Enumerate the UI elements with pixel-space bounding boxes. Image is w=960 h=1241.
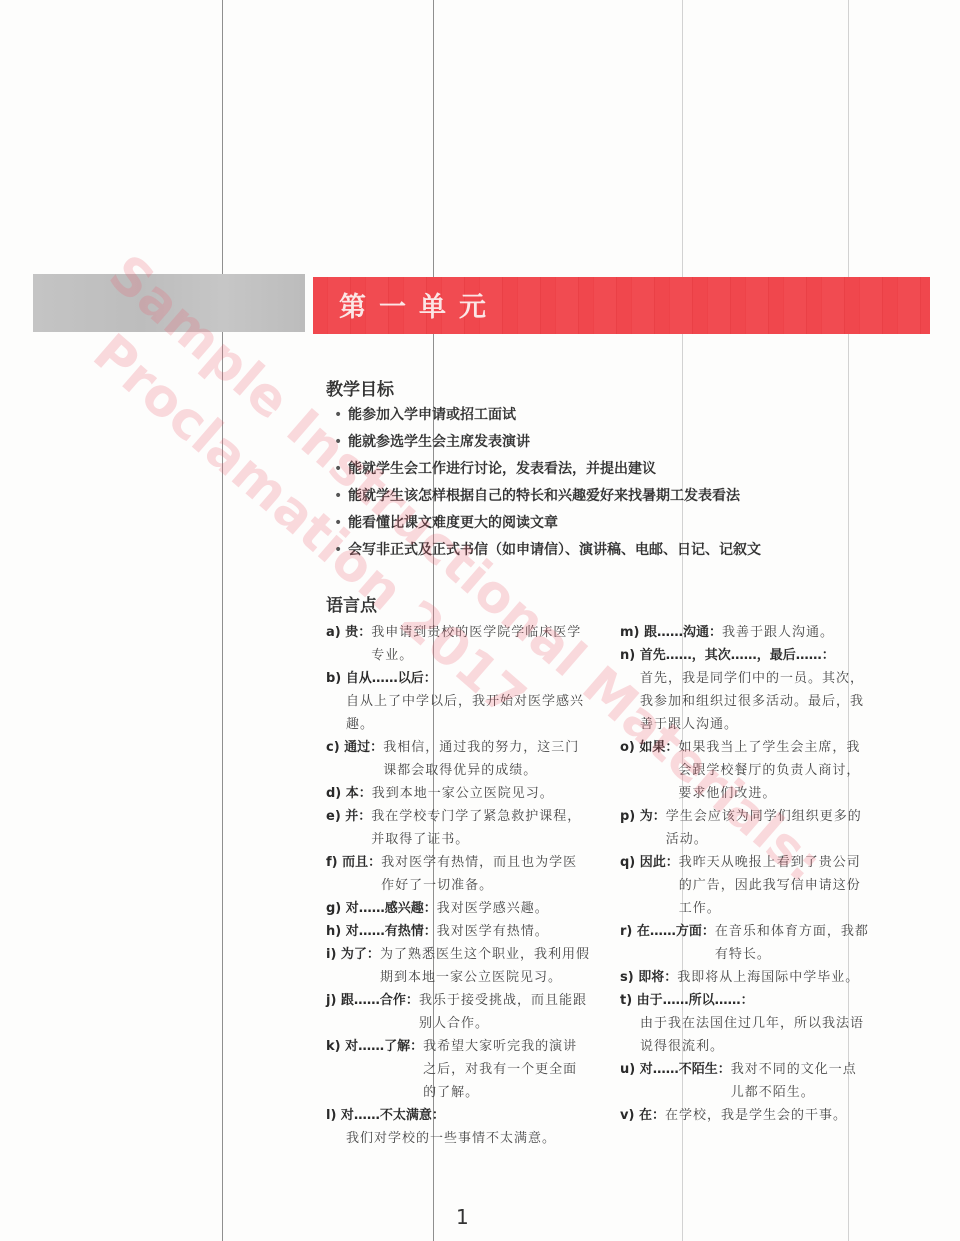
language-point-item: g) 对……感兴趣：我对医学感兴趣。	[326, 897, 591, 920]
objective-item: •能参加入学申请或招工面试	[334, 404, 761, 431]
bullet-icon: •	[334, 404, 348, 426]
bullet-icon: •	[334, 458, 348, 480]
language-point-item: h) 对……有热情：我对医学有热情。	[326, 920, 591, 943]
objective-text: 能就学生该怎样根据自己的特长和兴趣爱好来找暑期工发表看法	[348, 488, 740, 504]
unit-title: 第一单元	[339, 285, 499, 324]
language-point-example: 我对医学有热情，而且也为学医作好了一切准备。	[381, 851, 591, 897]
language-point-label: c) 通过：	[326, 736, 383, 782]
language-point-label: p) 为：	[620, 805, 666, 851]
language-point-example: 我希望大家听完我的演讲之后，对我有一个更全面的了解。	[423, 1035, 591, 1104]
bullet-icon: •	[334, 485, 348, 507]
language-point-label: l) 对……不太满意：	[326, 1108, 445, 1123]
language-point-item: b) 自从……以后：自从上了中学以后，我开始对医学感兴趣。	[326, 667, 591, 736]
language-point-example: 我对不同的文化一点儿都不陌生。	[731, 1058, 870, 1104]
objective-item: •能就学生会工作进行讨论，发表看法，并提出建议	[334, 458, 761, 485]
language-points-left-column: a) 贵：我申请到贵校的医学院学临床医学专业。b) 自从……以后：自从上了中学以…	[326, 621, 591, 1150]
objective-item: •能看懂比课文难度更大的阅读文章	[334, 512, 761, 539]
language-point-item: i) 为了：为了熟悉医生这个职业，我利用假期到本地一家公立医院见习。	[326, 943, 591, 989]
objectives-list: •能参加入学申请或招工面试•能就参选学生会主席发表演讲•能就学生会工作进行讨论，…	[334, 404, 761, 566]
language-point-item: r) 在……方面：在音乐和体育方面，我都有特长。	[620, 920, 870, 966]
language-points-heading: 语言点	[326, 591, 377, 616]
language-point-item: d) 本：我到本地一家公立医院见习。	[326, 782, 591, 805]
language-point-example: 自从上了中学以后，我开始对医学感兴趣。	[326, 690, 591, 736]
language-point-example: 我昨天从晚报上看到了贵公司的广告，因此我写信申请这份工作。	[679, 851, 870, 920]
language-point-label: g) 对……感兴趣：	[326, 897, 437, 920]
language-point-example: 我相信，通过我的努力，这三门课都会取得优异的成绩。	[383, 736, 591, 782]
unit-banner: 第一单元	[313, 277, 930, 334]
language-point-example: 我到本地一家公立医院见习。	[372, 782, 554, 805]
language-point-example: 我对医学感兴趣。	[437, 897, 549, 920]
language-point-item: e) 并：我在学校专门学了紧急救护课程，并取得了证书。	[326, 805, 591, 851]
language-point-label: h) 对……有热情：	[326, 920, 437, 943]
language-point-item: s) 即将：我即将从上海国际中学毕业。	[620, 966, 870, 989]
language-point-label: s) 即将：	[620, 966, 677, 989]
page-number: 1	[456, 1205, 469, 1229]
language-point-label: q) 因此：	[620, 851, 679, 920]
language-point-label: d) 本：	[326, 782, 372, 805]
language-point-item: u) 对……不陌生：我对不同的文化一点儿都不陌生。	[620, 1058, 870, 1104]
language-point-item: v) 在：在学校，我是学生会的干事。	[620, 1104, 870, 1127]
language-point-label: f) 而且：	[326, 851, 381, 897]
language-point-example: 为了熟悉医生这个职业，我利用假期到本地一家公立医院见习。	[380, 943, 591, 989]
language-point-example: 我即将从上海国际中学毕业。	[677, 966, 859, 989]
objective-item: •会写非正式及正式书信（如申请信）、演讲稿、电邮、日记、记叙文	[334, 539, 761, 566]
language-point-example: 我对医学有热情。	[437, 920, 549, 943]
objectives-heading: 教学目标	[326, 375, 394, 400]
language-point-label: t) 由于……所以……：	[620, 993, 754, 1008]
bullet-icon: •	[334, 512, 348, 534]
language-point-item: t) 由于……所以……：由于我在法国住过几年，所以我法语说得很流利。	[620, 989, 870, 1058]
language-point-item: m) 跟……沟通：我善于跟人沟通。	[620, 621, 870, 644]
language-point-label: r) 在……方面：	[620, 920, 715, 966]
language-point-label: m) 跟……沟通：	[620, 621, 722, 644]
language-point-item: q) 因此：我昨天从晚报上看到了贵公司的广告，因此我写信申请这份工作。	[620, 851, 870, 920]
language-point-label: a) 贵：	[326, 621, 371, 667]
language-point-label: b) 自从……以后：	[326, 671, 437, 686]
language-point-item: j) 跟……合作：我乐于接受挑战，而且能跟别人合作。	[326, 989, 591, 1035]
objective-text: 能参加入学申请或招工面试	[348, 407, 516, 423]
language-point-label: v) 在：	[620, 1104, 665, 1127]
scan-line	[222, 0, 223, 1241]
objective-text: 会写非正式及正式书信（如申请信）、演讲稿、电邮、日记、记叙文	[348, 542, 761, 558]
language-point-example: 在学校，我是学生会的干事。	[665, 1104, 847, 1127]
language-point-label: o) 如果：	[620, 736, 678, 805]
language-point-example: 我善于跟人沟通。	[722, 621, 834, 644]
language-point-item: n) 首先……，其次……，最后……：首先，我是同学们中的一员。其次，我参加和组织…	[620, 644, 870, 736]
language-point-example: 我们对学校的一些事情不太满意。	[326, 1127, 591, 1150]
language-point-item: k) 对……了解：我希望大家听完我的演讲之后，对我有一个更全面的了解。	[326, 1035, 591, 1104]
bullet-icon: •	[334, 431, 348, 453]
language-point-label: i) 为了：	[326, 943, 380, 989]
language-point-example: 我申请到贵校的医学院学临床医学专业。	[371, 621, 591, 667]
objective-text: 能看懂比课文难度更大的阅读文章	[348, 515, 558, 531]
objective-item: •能就学生该怎样根据自己的特长和兴趣爱好来找暑期工发表看法	[334, 485, 761, 512]
bullet-icon: •	[334, 539, 348, 561]
language-point-item: p) 为：学生会应该为同学们组织更多的活动。	[620, 805, 870, 851]
objective-text: 能就参选学生会主席发表演讲	[348, 434, 530, 450]
language-point-item: c) 通过：我相信，通过我的努力，这三门课都会取得优异的成绩。	[326, 736, 591, 782]
language-point-item: a) 贵：我申请到贵校的医学院学临床医学专业。	[326, 621, 591, 667]
language-point-item: l) 对……不太满意：我们对学校的一些事情不太满意。	[326, 1104, 591, 1150]
language-points-right-column: m) 跟……沟通：我善于跟人沟通。n) 首先……，其次……，最后……：首先，我是…	[620, 621, 870, 1127]
language-point-label: k) 对……了解：	[326, 1035, 423, 1104]
language-point-example: 我乐于接受挑战，而且能跟别人合作。	[419, 989, 591, 1035]
language-point-example: 在音乐和体育方面，我都有特长。	[715, 920, 870, 966]
language-point-label: n) 首先……，其次……，最后……：	[620, 648, 835, 663]
language-point-label: e) 并：	[326, 805, 371, 851]
language-point-example: 如果我当上了学生会主席，我会跟学校餐厅的负责人商讨，要求他们改进。	[678, 736, 870, 805]
language-point-label: j) 跟……合作：	[326, 989, 419, 1035]
language-point-example: 我在学校专门学了紧急救护课程，并取得了证书。	[371, 805, 591, 851]
objective-item: •能就参选学生会主席发表演讲	[334, 431, 761, 458]
language-point-item: o) 如果：如果我当上了学生会主席，我会跟学校餐厅的负责人商讨，要求他们改进。	[620, 736, 870, 805]
objective-text: 能就学生会工作进行讨论，发表看法，并提出建议	[348, 461, 656, 477]
language-point-label: u) 对……不陌生：	[620, 1058, 731, 1104]
language-point-example: 学生会应该为同学们组织更多的活动。	[666, 805, 870, 851]
language-point-example: 首先，我是同学们中的一员。其次，我参加和组织过很多活动。最后，我善于跟人沟通。	[620, 667, 870, 736]
unit-side-bar	[33, 274, 305, 332]
language-point-example: 由于我在法国住过几年，所以我法语说得很流利。	[620, 1012, 870, 1058]
language-point-item: f) 而且：我对医学有热情，而且也为学医作好了一切准备。	[326, 851, 591, 897]
